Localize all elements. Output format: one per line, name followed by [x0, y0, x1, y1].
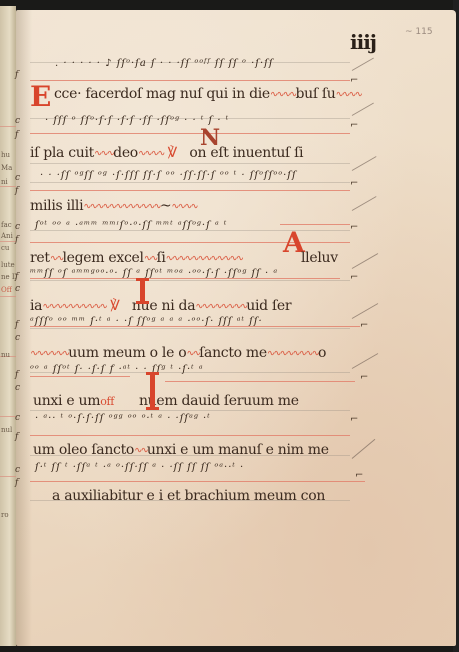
- lyric-text: buſ ſu: [295, 86, 335, 102]
- lyric-text: o: [318, 345, 326, 361]
- custos: ⌐: [350, 120, 358, 131]
- lyric-text: uum meum o le o: [68, 345, 186, 361]
- lyric-text: um oleo ſancto: [33, 442, 134, 458]
- f-clef: f: [15, 478, 18, 488]
- lyric-line: a auxiliabitur e i et brachium meum con: [52, 488, 325, 504]
- facing-page-text: nu: [1, 351, 10, 359]
- f-clef: f: [15, 130, 18, 140]
- facing-page-text: ne IX: [1, 273, 16, 281]
- red-f-line: [30, 376, 130, 377]
- f-clef: f: [15, 370, 18, 380]
- c-clef: c: [15, 222, 20, 232]
- f-clef: f: [15, 235, 18, 245]
- melisma-line: ∿∿: [134, 446, 147, 455]
- lyric-line: unxi e umoff nuem dauid ſeruum me: [33, 393, 299, 409]
- folio-number: iiij: [350, 30, 376, 54]
- lyric-line: ret∿∿legem excel∿∿ſi∿∿∿∿∿∿∿∿∿∿∿∿: [30, 250, 242, 266]
- custos: ⌐: [350, 272, 358, 283]
- c-clef: c: [15, 413, 20, 423]
- lyric-line: um oleo ſancto∿∿unxi e um manuſ e nim me: [33, 442, 329, 458]
- neume-line: ᵒᵒ ᵃ ſſᵒᵗ ſ· ·ſ·ſ f ·ᵃᵗ · · ſſᵍ ᵗ ·ſ·ᵗ ᵃ: [30, 364, 204, 375]
- red-f-line: [30, 435, 350, 436]
- f-clef: f: [15, 186, 18, 196]
- facing-page-text: hu: [1, 151, 10, 159]
- versicle-sign: ℣: [110, 298, 119, 314]
- facing-page-text: Ani: [1, 232, 13, 240]
- neume-line: . · · · · · ♪ ſſᵒ·ſa ſ · · ·ſſ ᵒᵒᶠᶠ ſſ ſ…: [55, 58, 274, 69]
- c-clef: c: [15, 173, 20, 183]
- lyric-text: uid ſer: [246, 298, 291, 314]
- custos: ⌐: [350, 75, 358, 86]
- neume-line: ſ·ᵗ ſſ ᵗ ·ſſᵃ ᵗ ·ᵃ ᵒ·ſſ·ſſ ᵃ · ·ſſ ſſ ſſ…: [35, 462, 244, 473]
- custos: ⌐: [350, 178, 358, 189]
- neume-line: · · ·ſſ ᵒᵍſſ ᵒᵍ ·ſ·ſſſ ſſ·ſ ᵒᵒ ·ſſ·ſſ·ſ …: [40, 170, 297, 181]
- neume-line: ᵐᵐſſ ᵒſ ᵃᵐᵐᵍᵒᵒ·ᵒ· ſſ ᵃ ſſᵒᵗ ᵐᵒᵃ ·ᵒᵒ·ſ·ſ …: [30, 268, 278, 279]
- lyric-line: ∿∿∿∿∿∿uum meum o le o∿∿ſancto me∿∿∿∿∿∿∿∿…: [30, 345, 326, 361]
- lyric-line: cce· facerdoſ mag nuſ qui in die∿∿∿∿buſ …: [54, 86, 361, 102]
- melisma-line: ∿∿∿∿∿∿∿∿: [267, 349, 318, 358]
- custos: ⌐: [350, 222, 358, 233]
- facing-page-rubric: Off: [1, 286, 12, 294]
- facing-page-text: fac: [1, 221, 12, 229]
- melisma-line: ∿∿∿∿: [270, 90, 296, 99]
- melisma-line: ∿∿: [186, 349, 199, 358]
- c-clef: c: [15, 465, 20, 475]
- melisma-line: ∿∿: [144, 254, 157, 263]
- facing-page-text: nul: [1, 426, 12, 434]
- versicle-sign: ℣: [168, 145, 177, 161]
- lyric-line: iſ pla cuit∿∿∿deo∿∿∿∿ ℣ on eſt inuentuſ …: [30, 145, 303, 161]
- red-f-line: [30, 190, 350, 191]
- facing-page-text: ro: [1, 511, 9, 519]
- melisma-line: ∿∿∿∿∿∿∿∿∿∿: [42, 302, 106, 311]
- f-clef: f: [15, 320, 18, 330]
- lyric-line: ia∿∿∿∿∿∿∿∿∿∿ ℣ nue ni da∿∿∿∿∿∿∿∿uid ſer: [30, 298, 291, 314]
- c-clef: c: [15, 383, 20, 393]
- initial-N: N: [200, 125, 220, 151]
- facing-page-text: lute: [1, 261, 15, 269]
- lyric-text: deo: [113, 145, 138, 161]
- melisma-line: ∿∿∿∿∿∿∿∿∿∿∿∿: [166, 254, 243, 263]
- melisma-line: ∿∿∿∿: [335, 90, 361, 99]
- melisma-line: ∿∿∿∿∿∿: [30, 349, 68, 358]
- lyric-text: ret: [30, 250, 50, 266]
- initial-E: E: [30, 80, 51, 113]
- initial-I: [140, 278, 145, 304]
- facing-page-text: cu: [1, 244, 9, 252]
- red-f-line: [30, 133, 350, 134]
- melisma-line: ∿∿∿∿: [138, 149, 164, 158]
- facing-page-text: Ma: [1, 164, 12, 172]
- melisma-line: ∿∿∿∿∿∿∿∿: [195, 302, 246, 311]
- red-f-line: [165, 381, 355, 382]
- c-clef: c: [15, 116, 20, 126]
- custos: ⌐: [360, 320, 368, 331]
- c-clef: c: [15, 333, 20, 343]
- melisma-line: ∿∿∿∿: [171, 202, 197, 211]
- melisma-line: ∿∿∿: [94, 149, 113, 158]
- c-clef: c: [15, 284, 20, 294]
- f-clef: f: [15, 432, 18, 442]
- lyric-text: unxi e um manuſ e nim me: [147, 442, 329, 458]
- initial-I-offertory: [150, 372, 155, 410]
- melisma-line: ∿∿∿∿∿∿∿∿∿∿∿∿: [83, 202, 160, 211]
- custos: ⌐: [360, 372, 368, 383]
- facing-page-edge: hu Ma ni fac Ani cu lute ne IX Off nu nu…: [0, 6, 16, 646]
- lyric-text: milis illi: [30, 198, 83, 214]
- pencil-foliation: ~ 115: [405, 27, 433, 37]
- lyric-text: ſi: [156, 250, 165, 266]
- neume-line: ᵃſſſᵒ ᵒᵒ ᵐᵐ ſ·ᵗ ᵃ · ·ſ ſſᵒᵍ ᵃ ᵃ ᵃ ·ᵒᵒ·ſ·…: [30, 316, 263, 327]
- f-clef: f: [15, 70, 18, 80]
- lyric-text: ia: [30, 298, 42, 314]
- custos: ⌐: [355, 470, 363, 481]
- neume-line: ſᵒᵗ ᵒᵒ ᵃ ·ᵃᵐᵐ ᵐᵐᶦſᵒ·ᵒ·ſſ ᵐᵐᵗ ᵃſſᵒᵍ·ſ ᵃ ᵗ: [35, 220, 227, 231]
- lyric-text: ſancto me: [199, 345, 267, 361]
- custos: ⌐: [350, 414, 358, 425]
- lyric-text: nuem dauid ſeruum me: [139, 393, 299, 409]
- melisma-line: ∿∿: [50, 254, 63, 263]
- lyric-text: cce· facerdoſ mag nuſ qui in die: [54, 86, 270, 102]
- neume-line: · ᵃ·· ᵗ ᵒ·ſ·ſ·ſſ ᵒᵍᵍ ᵒᵒ ᵒ·ᵗ ᵃ · ·ſſᵃᵍ ·ᵗ: [35, 413, 211, 424]
- offertory-rubric: off: [100, 395, 114, 408]
- red-f-line: [30, 80, 350, 81]
- lyric-text: iſ pla cuit: [30, 145, 94, 161]
- red-f-line: [280, 224, 350, 225]
- f-clef: f: [15, 272, 18, 282]
- red-f-line: [30, 481, 365, 482]
- lyric-text: ~: [160, 198, 171, 214]
- lyric-alleluia: lleluv: [301, 250, 338, 266]
- lyric-text: legem excel: [62, 250, 143, 266]
- lyric-line: milis illi∿∿∿∿∿∿∿∿∿∿∿∿~∿∿∿∿: [30, 198, 197, 214]
- lyric-text: unxi e um: [33, 393, 100, 409]
- facing-page-text: ni: [1, 178, 8, 186]
